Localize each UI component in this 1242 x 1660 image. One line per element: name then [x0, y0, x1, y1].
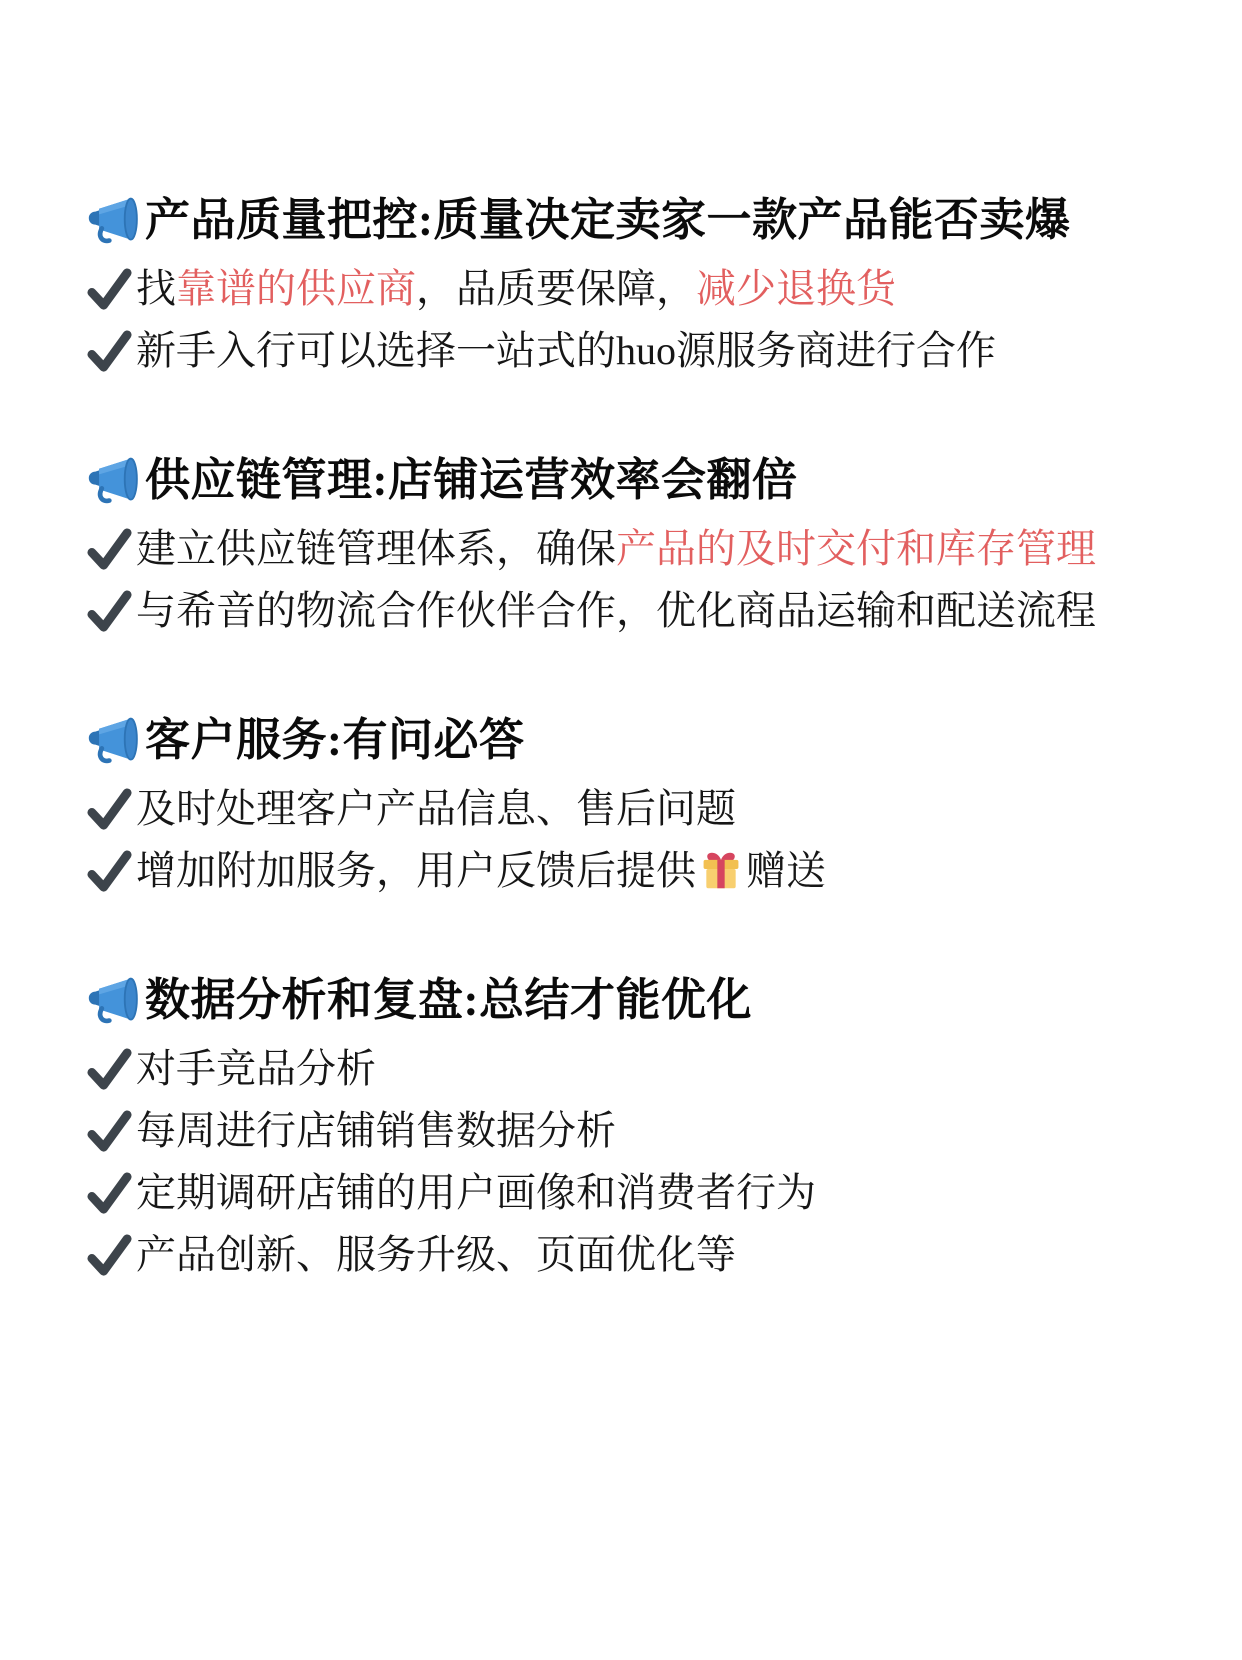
checklist-item: 新手入行可以选择一站式的huo源服务商进行合作: [86, 320, 1202, 382]
checklist-text: 与希音的物流合作伙伴合作，优化商品运输和配送流程: [136, 580, 1096, 642]
tips-poster: 产品质量把控:质量决定卖家一款产品能否卖爆找靠谱的供应商，品质要保障，减少退换货…: [0, 0, 1242, 1660]
checklist-text: 建立供应链管理体系，确保产品的及时交付和库存管理: [136, 518, 1096, 580]
checklist-item: 定期调研店铺的用户画像和消费者行为: [86, 1162, 1202, 1224]
checklist-item: 找靠谱的供应商，品质要保障，减少退换货: [86, 258, 1202, 320]
section-title: 客户服务:有问必答: [86, 712, 1202, 768]
checklist-item: 及时处理客户产品信息、售后问题: [86, 778, 1202, 840]
checkmark-icon: [86, 1108, 133, 1155]
text-segment: 对手竞品分析: [136, 1046, 376, 1091]
text-segment: 产品的及时交付和库存管理: [616, 526, 1096, 571]
tip-section: 产品质量把控:质量决定卖家一款产品能否卖爆找靠谱的供应商，品质要保障，减少退换货…: [86, 192, 1202, 382]
checklist-item: 建立供应链管理体系，确保产品的及时交付和库存管理: [86, 518, 1202, 580]
text-segment: 减少退换货: [696, 266, 896, 311]
checklist-item: 增加附加服务，用户反馈后提供赠送: [86, 840, 1202, 902]
checklist-text: 产品创新、服务升级、页面优化等: [136, 1224, 736, 1286]
megaphone-icon: [86, 715, 142, 765]
checklist-item: 与希音的物流合作伙伴合作，优化商品运输和配送流程: [86, 580, 1202, 642]
tip-section: 数据分析和复盘:总结才能优化对手竞品分析每周进行店铺销售数据分析定期调研店铺的用…: [86, 972, 1202, 1286]
gift-icon: [699, 847, 743, 891]
checkmark-icon: [86, 588, 133, 635]
checklist-text: 每周进行店铺销售数据分析: [136, 1100, 616, 1162]
section-title-text: 供应链管理:店铺运营效率会翻倍: [145, 452, 798, 508]
text-segment: 建立供应链管理体系，确保: [136, 526, 616, 571]
checkmark-icon: [86, 848, 133, 895]
tip-section: 供应链管理:店铺运营效率会翻倍建立供应链管理体系，确保产品的及时交付和库存管理与…: [86, 452, 1202, 642]
text-segment: 与希音的物流合作伙伴合作，优化商品运输和配送流程: [136, 588, 1096, 633]
checkmark-icon: [86, 526, 133, 573]
section-title: 数据分析和复盘:总结才能优化: [86, 972, 1202, 1028]
checklist-text: 找靠谱的供应商，品质要保障，减少退换货: [136, 258, 896, 320]
text-segment: 定期调研店铺的用户画像和消费者行为: [136, 1170, 816, 1215]
section-title-text: 客户服务:有问必答: [145, 712, 525, 768]
tip-section: 客户服务:有问必答及时处理客户产品信息、售后问题增加附加服务，用户反馈后提供赠送: [86, 712, 1202, 902]
text-segment: 增加附加服务，用户反馈后提供: [136, 848, 696, 893]
section-title: 产品质量把控:质量决定卖家一款产品能否卖爆: [86, 192, 1202, 248]
checkmark-icon: [86, 786, 133, 833]
checklist-item: 产品创新、服务升级、页面优化等: [86, 1224, 1202, 1286]
sections-container: 产品质量把控:质量决定卖家一款产品能否卖爆找靠谱的供应商，品质要保障，减少退换货…: [86, 192, 1202, 1286]
section-title: 供应链管理:店铺运营效率会翻倍: [86, 452, 1202, 508]
text-segment: 赠送: [746, 848, 826, 893]
checkmark-icon: [86, 1232, 133, 1279]
checklist-text: 增加附加服务，用户反馈后提供赠送: [136, 840, 826, 902]
checklist-text: 及时处理客户产品信息、售后问题: [136, 778, 736, 840]
megaphone-icon: [86, 455, 142, 505]
checklist-item: 每周进行店铺销售数据分析: [86, 1100, 1202, 1162]
checkmark-icon: [86, 1046, 133, 1093]
text-segment: 及时处理客户产品信息、售后问题: [136, 786, 736, 831]
text-segment: ，品质要保障，: [416, 266, 696, 311]
checkmark-icon: [86, 328, 133, 375]
checkmark-icon: [86, 1170, 133, 1217]
megaphone-icon: [86, 195, 142, 245]
text-segment: 产品创新、服务升级、页面优化等: [136, 1232, 736, 1277]
text-segment: 每周进行店铺销售数据分析: [136, 1108, 616, 1153]
section-title-text: 数据分析和复盘:总结才能优化: [145, 972, 752, 1028]
checklist-text: 对手竞品分析: [136, 1038, 376, 1100]
section-title-text: 产品质量把控:质量决定卖家一款产品能否卖爆: [145, 192, 1071, 248]
checkmark-icon: [86, 266, 133, 313]
megaphone-icon: [86, 975, 142, 1025]
checklist-item: 对手竞品分析: [86, 1038, 1202, 1100]
text-segment: 新手入行可以选择一站式的huo源服务商进行合作: [136, 328, 996, 373]
text-segment: 靠谱的供应商: [176, 266, 416, 311]
text-segment: 找: [136, 266, 176, 311]
checklist-text: 定期调研店铺的用户画像和消费者行为: [136, 1162, 816, 1224]
checklist-text: 新手入行可以选择一站式的huo源服务商进行合作: [136, 320, 996, 382]
